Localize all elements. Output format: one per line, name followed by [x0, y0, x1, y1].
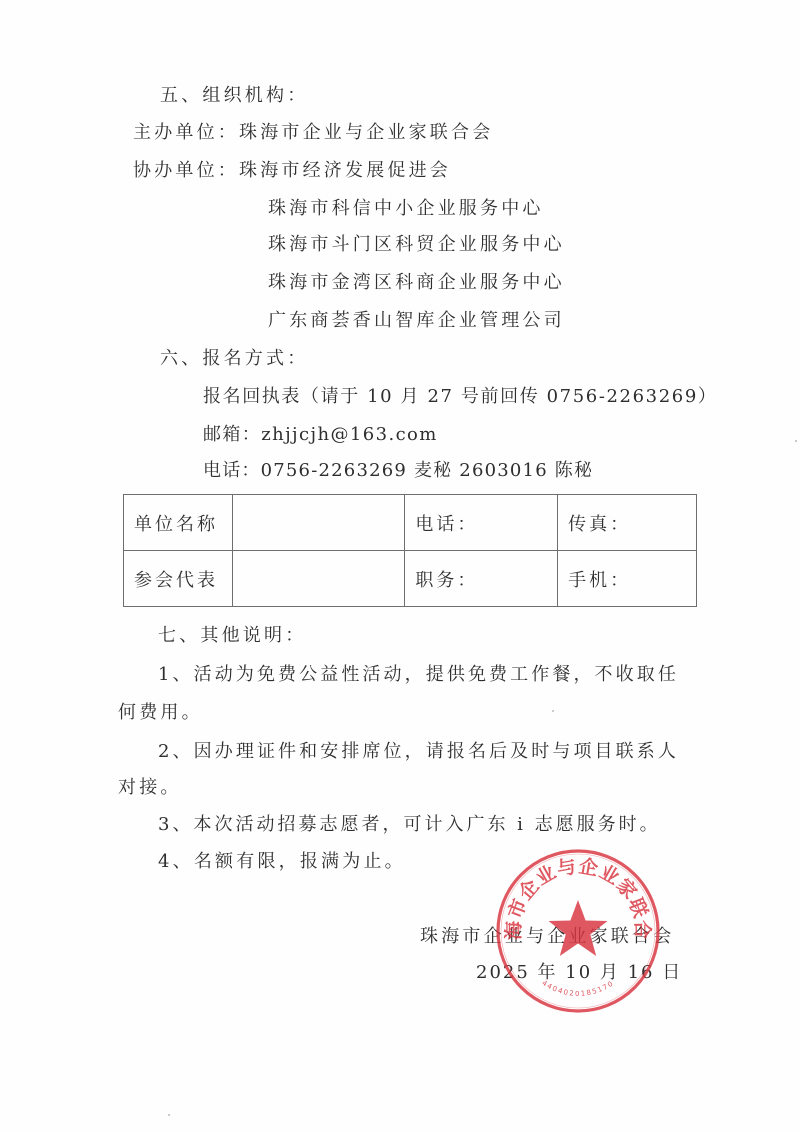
- co-organizer-1: 珠海市科信中小企业服务中心: [268, 197, 544, 221]
- unit-name-field[interactable]: [232, 495, 405, 551]
- scan-speck: [168, 1114, 170, 1116]
- co-organizer-row: 协办单位：珠海市经济发展促进会: [133, 159, 451, 183]
- document-page: 五、组织机构： 主办单位：珠海市企业与企业家联合会 协办单位：珠海市经济发展促进…: [0, 0, 800, 1132]
- email-line[interactable]: 邮箱：zhjjcjh@163.com: [203, 423, 438, 447]
- co-organizer-2: 珠海市斗门区科贸企业服务中心: [268, 233, 565, 257]
- note-2-line1: 2、因办理证件和安排席位，请报名后及时与项目联系人: [158, 740, 679, 764]
- fax-field[interactable]: 传真：: [558, 495, 697, 551]
- co-label: 协办单位：: [133, 160, 239, 181]
- host-label: 主办单位：: [133, 122, 239, 143]
- scan-speck: [552, 710, 554, 712]
- note-1-line2: 何费用。: [118, 701, 203, 725]
- scan-speck: [795, 440, 797, 442]
- representative-field[interactable]: [232, 551, 405, 607]
- position-field[interactable]: 职务：: [405, 551, 558, 607]
- note-4: 4、名额有限，报满为止。: [158, 850, 406, 874]
- note-2-line2: 对接。: [118, 776, 182, 800]
- phone-field[interactable]: 电话：: [405, 495, 558, 551]
- signature-date: 2025 年 10 月 16 日: [476, 961, 682, 985]
- table-row: 参会代表 职务： 手机：: [124, 551, 697, 607]
- phone-line: 电话：0756-2263269 麦秘 2603016 陈秘: [203, 459, 593, 483]
- co-organizer-0: 珠海市经济发展促进会: [239, 160, 451, 181]
- section6-heading: 六、报名方式：: [160, 347, 308, 371]
- registration-form-table: 单位名称 电话： 传真： 参会代表 职务： 手机：: [123, 494, 697, 607]
- receipt-line: 报名回执表（请于 10 月 27 号前回传 0756-2263269）: [203, 385, 717, 409]
- co-organizer-4: 广东商荟香山智库企业管理公司: [268, 309, 565, 333]
- mobile-field[interactable]: 手机：: [558, 551, 697, 607]
- section7-heading: 七、其他说明：: [158, 624, 306, 648]
- section5-heading: 五、组织机构：: [160, 84, 308, 108]
- note-3: 3、本次活动招募志愿者，可计入广东 i 志愿服务时。: [158, 813, 661, 837]
- unit-name-label: 单位名称: [124, 495, 233, 551]
- signature-org: 珠海市企业与企业家联合会: [420, 925, 674, 949]
- table-row: 单位名称 电话： 传真：: [124, 495, 697, 551]
- representative-label: 参会代表: [124, 551, 233, 607]
- host-row: 主办单位：珠海市企业与企业家联合会: [133, 121, 493, 145]
- host-name: 珠海市企业与企业家联合会: [239, 122, 493, 143]
- note-1-line1: 1、活动为免费公益性活动，提供免费工作餐，不收取任: [158, 663, 679, 687]
- co-organizer-3: 珠海市金湾区科商企业服务中心: [268, 271, 565, 295]
